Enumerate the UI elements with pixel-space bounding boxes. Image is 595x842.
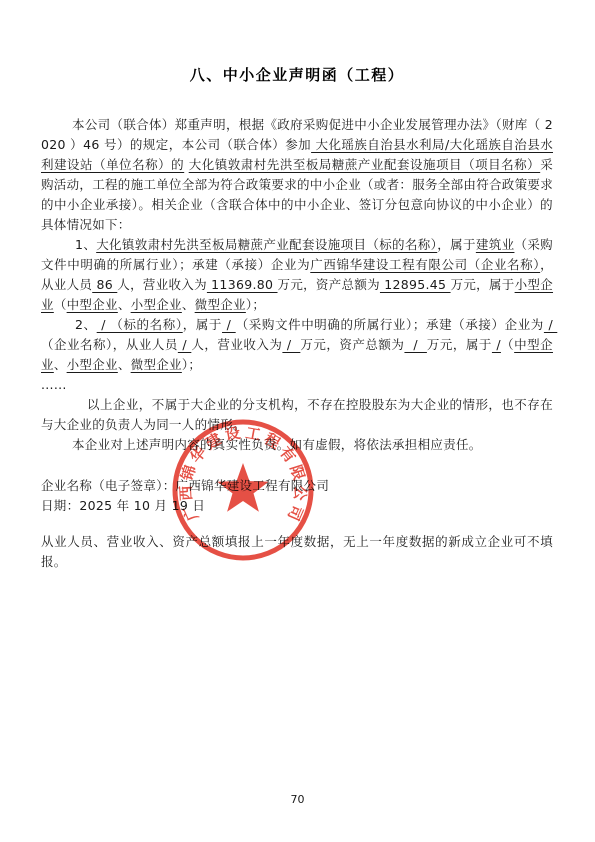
text-run-underlined: 广西锦华建设工程有限公司（企业名称） [310, 257, 540, 272]
text-run: ）； [182, 357, 201, 372]
text-run: ，属于 [183, 317, 222, 332]
text-run: 万元，属于 [427, 337, 492, 352]
text-run-underlined: / [282, 337, 300, 352]
text-run-underlined: 大化镇敦肃村先洪至板局糖蔗产业配套设施项目（标的名称） [96, 237, 437, 252]
text-run: 、 [118, 297, 131, 312]
text-run-underlined: 小型企业 [131, 297, 182, 312]
text-run-underlined: 中型企业 [67, 297, 118, 312]
text-run: 、 [118, 357, 131, 372]
page-number: 70 [0, 793, 595, 806]
paragraph-item-1: 1、大化镇敦肃村先洪至板局糖蔗产业配套设施项目（标的名称），属于建筑业（采购文件… [41, 235, 553, 315]
text-run: （ [501, 337, 514, 352]
text-run-underlined: 86 [92, 277, 117, 292]
text-run-underlined: / （标的名称） [97, 317, 183, 332]
text-run: 2、 [75, 317, 97, 332]
text-run-underlined: 小型企业 [67, 357, 118, 372]
text-run: （ [54, 297, 67, 312]
text-run: 万元，资产总额为 [300, 337, 404, 352]
text-run: （企业名称），从业人员 [41, 337, 178, 352]
paragraph-item-2: 2、 / （标的名称），属于 / （采购文件中明确的所属行业）；承建（承接）企业… [41, 315, 553, 375]
text-run-underlined: / [222, 317, 236, 332]
text-run-underlined: / [492, 337, 501, 352]
company-signature-line: 企业名称（电子签章）：广西锦华建设工程有限公司 [41, 476, 553, 496]
note-line: 从业人员、营业收入、资产总额填报上一年度数据，无上一年度数据的新成立企业可不填报… [41, 532, 553, 572]
text-run: 万元，属于 [451, 277, 515, 292]
text-run: （采购文件中明确的所属行业）；承建（承接）企业为 [236, 317, 544, 332]
text-run-underlined: / [404, 337, 426, 352]
paragraph-responsibility: 本企业对上述声明内容的真实性负责。如有虚假，将依法承担相应责任。 [41, 435, 553, 455]
text-run-underlined: 建筑业 [476, 237, 515, 252]
ellipsis-line: ...... [41, 375, 553, 395]
text-run: 、 [54, 357, 67, 372]
text-run-underlined: 微型企业 [195, 297, 246, 312]
text-run-underlined: / [544, 317, 557, 332]
document-content: 八、中小企业声明函（工程） 本公司（联合体）郑重声明，根据《政府采购促进中小企业… [41, 64, 553, 572]
text-run-underlined: 12895.45 [380, 277, 451, 292]
paragraph-declaration: 本公司（联合体）郑重声明，根据《政府采购促进中小企业发展管理办法》（财库（ 20… [41, 115, 553, 235]
text-run-underlined: 微型企业 [131, 357, 182, 372]
text-run: ）； [246, 297, 265, 312]
text-run: 1、 [75, 237, 96, 252]
document-page: 八、中小企业声明函（工程） 本公司（联合体）郑重声明，根据《政府采购促进中小企业… [0, 0, 595, 842]
text-run: 人，营业收入为 [117, 277, 207, 292]
text-run-underlined: / [178, 337, 191, 352]
text-run: 人，营业收入为 [191, 337, 282, 352]
text-run: 、 [182, 297, 195, 312]
text-run-underlined: 大化镇敦肃村先洪至板局糖蔗产业配套设施项目（项目名称） [189, 157, 540, 172]
paragraph-no-large-enterprise: 以上企业，不属于大企业的分支机构，不存在控股股东为大企业的情形，也不存在与大企业… [41, 395, 553, 435]
document-title: 八、中小企业声明函（工程） [41, 64, 553, 85]
text-run: 万元，资产总额为 [278, 277, 380, 292]
text-run-underlined: 11369.80 [207, 277, 278, 292]
date-line: 日期：2025 年 10 月 19 日 [41, 496, 553, 516]
text-run: ，属于 [437, 237, 476, 252]
